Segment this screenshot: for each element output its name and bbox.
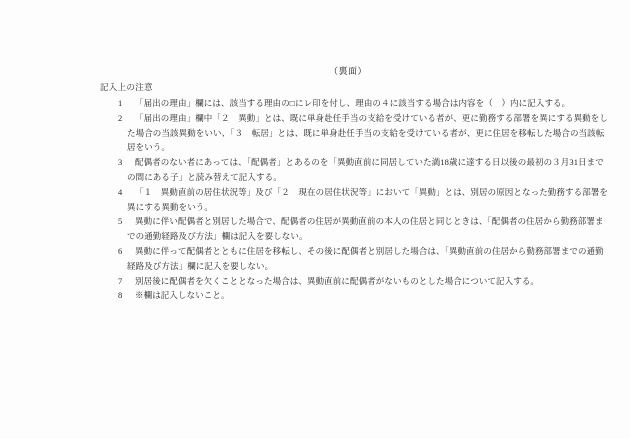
note-item-5: 5 異動に伴い配偶者と別居した場合で、配偶者の住居が異動直前の本人の住居と同じと…	[100, 214, 628, 244]
note-text: 異動に伴い配偶者と別居した場合で、配偶者の住居が異動直前の本人の住居と同じときは…	[127, 214, 628, 244]
note-number: 1	[118, 96, 122, 111]
note-line: 別居後に配偶者を欠くこととなった場合は、異動直前に配偶者がないものとした場合につ…	[135, 274, 628, 289]
notes-heading: 記入上の注意	[100, 81, 153, 93]
note-item-3: 3 配偶者のない者にあっては、「配偶者」とあるのを「異動直前に同居していた満18…	[100, 155, 628, 185]
note-line: での通勤経路及び方法」欄は記入を要しない。	[127, 229, 628, 244]
note-item-8: 8 ※欄は記入しないこと。	[100, 288, 628, 303]
note-item-6: 6 異動に伴って配偶者とともに住居を移転し、その後に配偶者と別居した場合は、「異…	[100, 244, 628, 274]
note-number: 3	[118, 155, 122, 170]
note-line: 異にする異動をいう。	[127, 200, 628, 215]
note-item-1: 1 「届出の理由」欄には、該当する理由の□にレ印を付し、理由の４に該当する場合は…	[100, 96, 628, 111]
note-number: 2	[118, 111, 122, 126]
note-line: 経路及び方法」欄に記入を要しない。	[127, 259, 628, 274]
note-text: ※欄は記入しないこと。	[127, 288, 628, 303]
note-line: 「届出の理由」欄には、該当する理由の□にレ印を付し、理由の４に該当する場合は内容…	[135, 96, 628, 111]
note-line: 居をいう。	[127, 140, 628, 155]
note-text: 異動に伴って配偶者とともに住居を移転し、その後に配偶者と別居した場合は、「異動直…	[127, 244, 628, 274]
note-number: 8	[118, 288, 122, 303]
note-text: 別居後に配偶者を欠くこととなった場合は、異動直前に配偶者がないものとした場合につ…	[127, 274, 628, 289]
note-text: 配偶者のない者にあっては、「配偶者」とあるのを「異動直前に同居していた満18歳に…	[127, 155, 628, 185]
note-line: 異動に伴い配偶者と別居した場合で、配偶者の住居が異動直前の本人の住居と同じときは…	[135, 214, 628, 229]
note-text: 「１ 異動直前の居住状況等」及び「２ 現在の居住状況等」において「異動」とは、別…	[127, 185, 628, 215]
note-line: 配偶者のない者にあっては、「配偶者」とあるのを「異動直前に同居していた満18歳に…	[135, 155, 628, 170]
note-line: 異動に伴って配偶者とともに住居を移転し、その後に配偶者と別居した場合は、「異動直…	[135, 244, 628, 259]
note-item-2: 2 「届出の理由」欄中「２ 異動」とは、既に単身赴任手当の支給を受けている者が、…	[100, 111, 628, 155]
note-text: 「届出の理由」欄中「２ 異動」とは、既に単身赴任手当の支給を受けている者が、更に…	[127, 111, 628, 155]
page-side-label: （裏面）	[329, 64, 367, 77]
note-line: 「１ 異動直前の居住状況等」及び「２ 現在の居住状況等」において「異動」とは、別…	[135, 185, 628, 200]
note-number: 7	[118, 274, 122, 289]
note-line: ※欄は記入しないこと。	[135, 288, 628, 303]
note-item-4: 4 「１ 異動直前の居住状況等」及び「２ 現在の居住状況等」において「異動」とは…	[100, 185, 628, 215]
note-number: 6	[118, 244, 122, 259]
note-number: 5	[118, 214, 122, 229]
note-line: た場合の当該異動をいい、「３ 転居」とは、既に単身赴任手当の支給を受けている者が…	[127, 126, 628, 141]
note-text: 「届出の理由」欄には、該当する理由の□にレ印を付し、理由の４に該当する場合は内容…	[127, 96, 628, 111]
note-line: 「届出の理由」欄中「２ 異動」とは、既に単身赴任手当の支給を受けている者が、更に…	[135, 111, 628, 126]
notes-list: 1 「届出の理由」欄には、該当する理由の□にレ印を付し、理由の４に該当する場合は…	[100, 96, 628, 303]
note-item-7: 7 別居後に配偶者を欠くこととなった場合は、異動直前に配偶者がないものとした場合…	[100, 274, 628, 289]
document-page: （裏面） 記入上の注意 1 「届出の理由」欄には、該当する理由の□にレ印を付し、…	[0, 0, 630, 439]
note-number: 4	[118, 185, 122, 200]
note-line: の間にある子」と読み替えて記入する。	[127, 170, 628, 185]
